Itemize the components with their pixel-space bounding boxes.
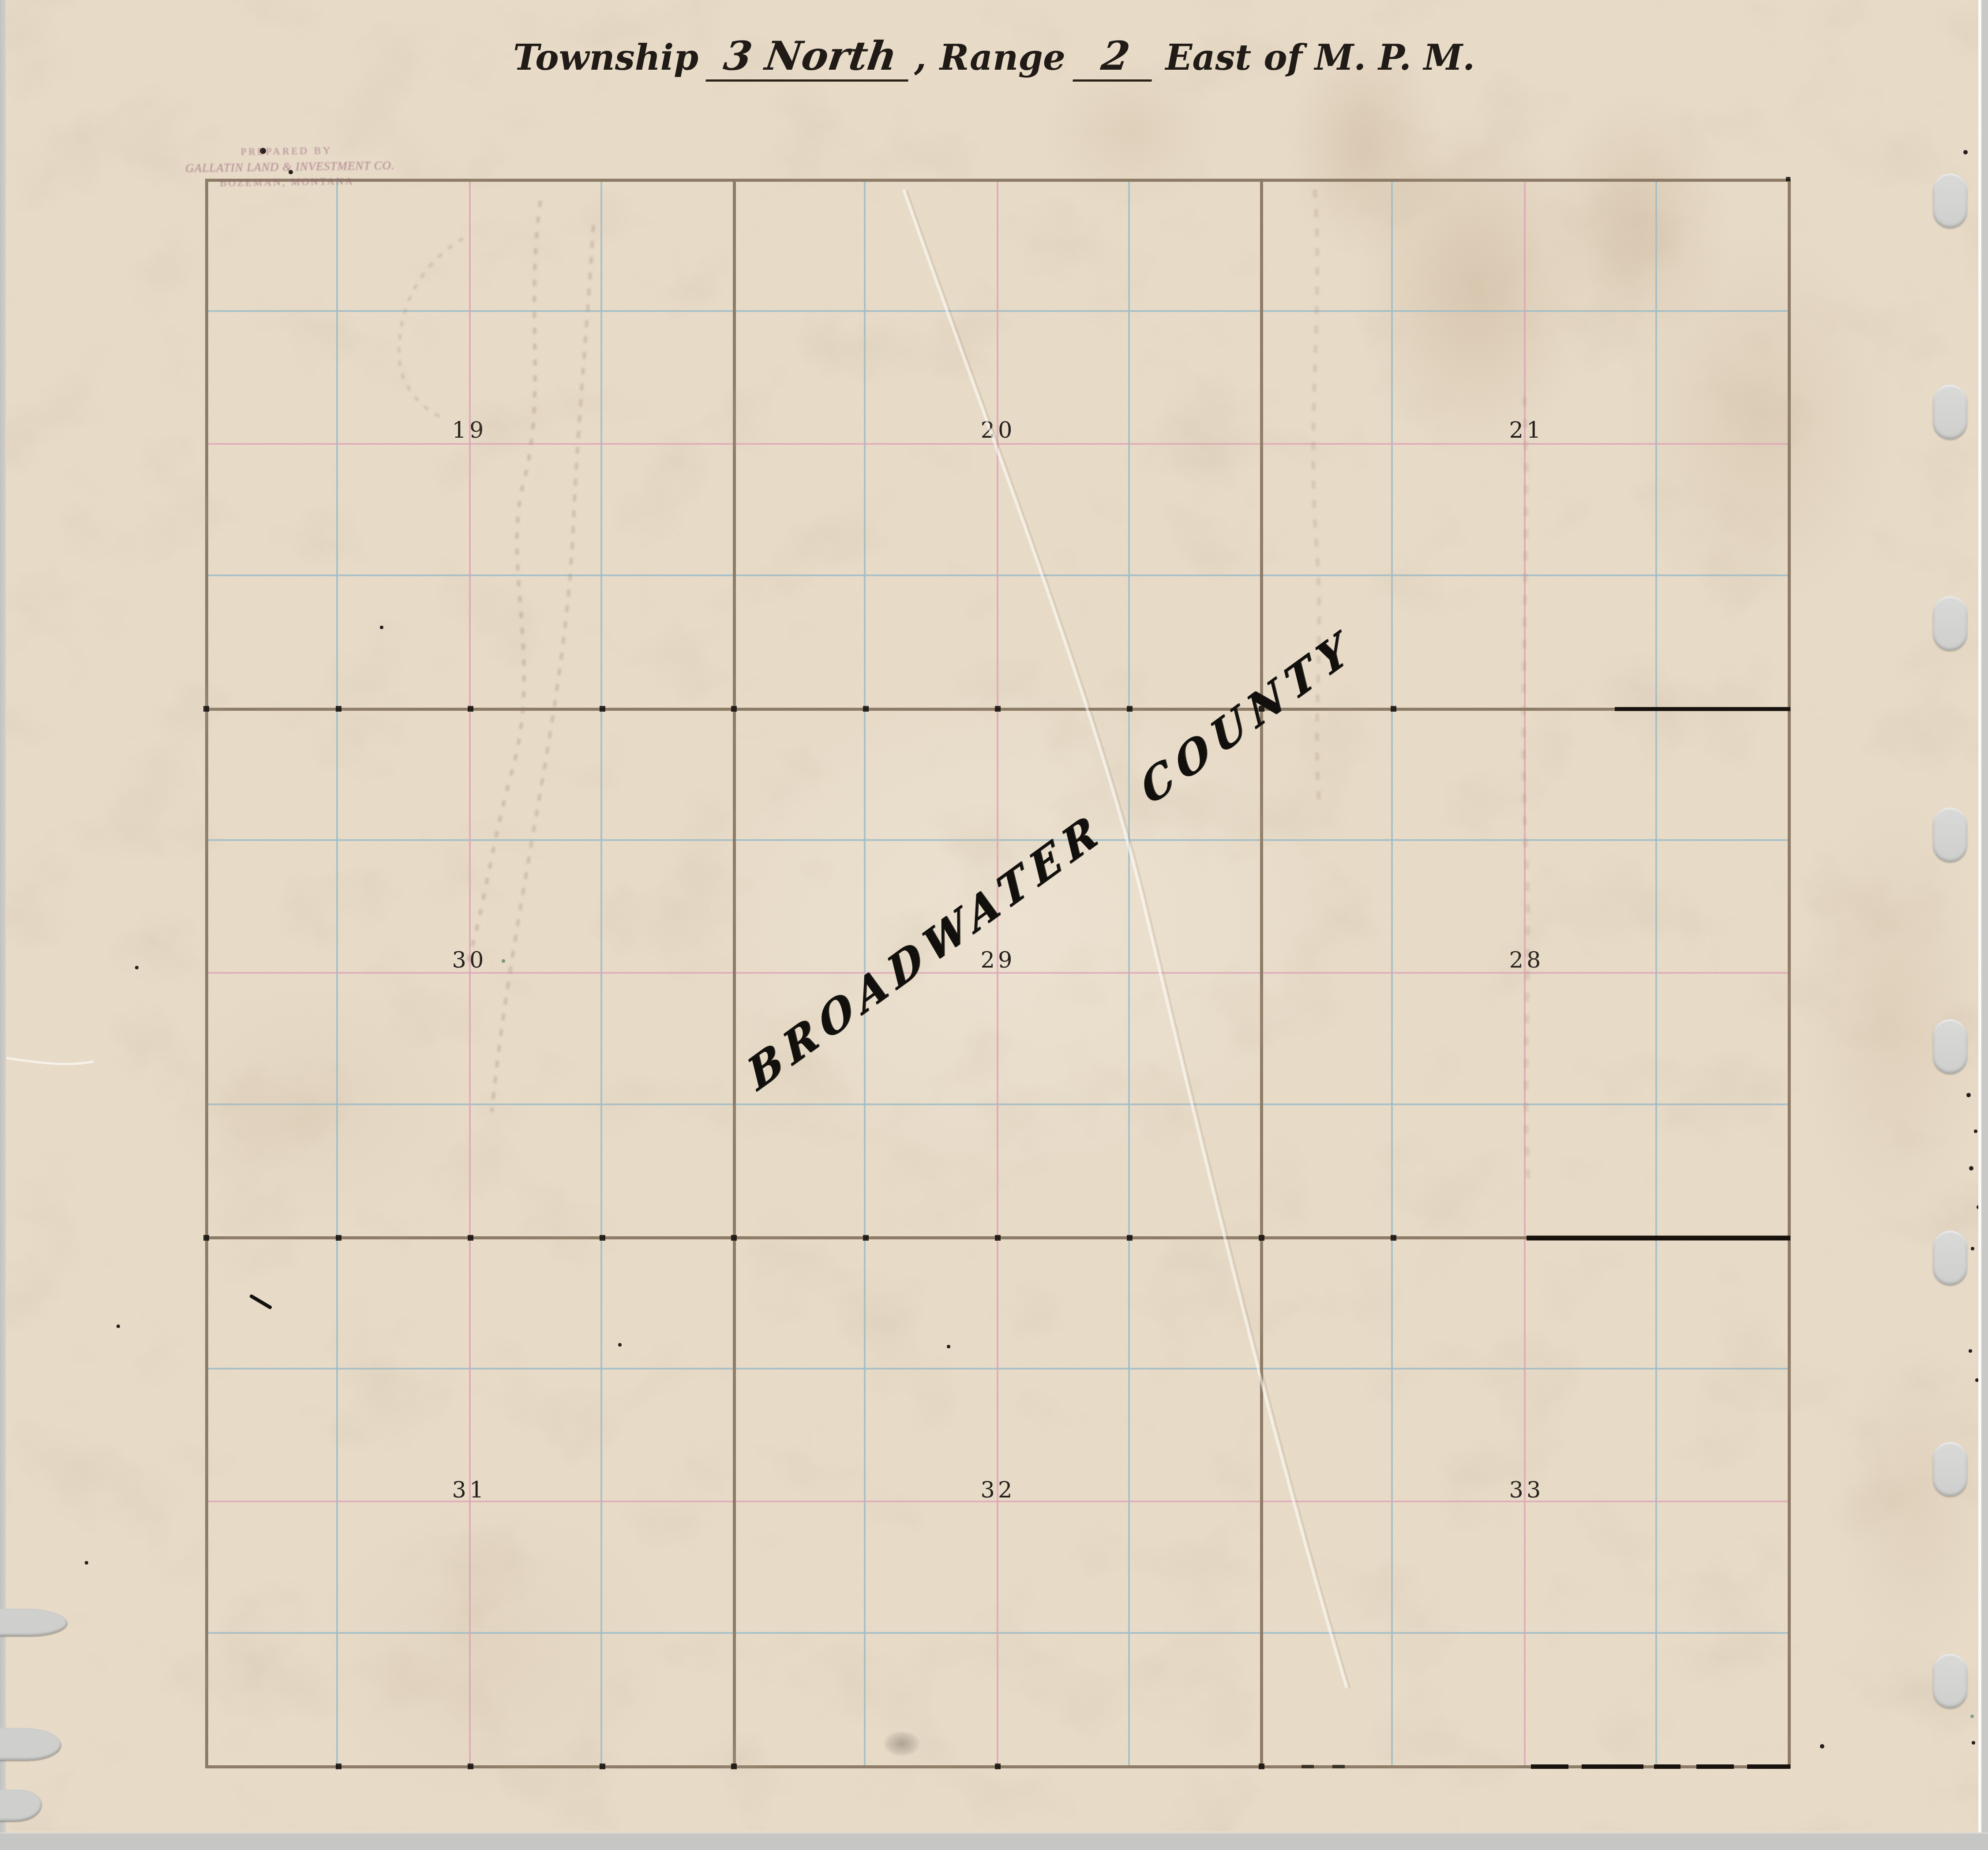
corner-tick <box>1391 706 1396 712</box>
ink-speck <box>135 966 139 969</box>
corner-tick <box>863 1235 869 1241</box>
corner-tick <box>336 1235 341 1241</box>
corner-tick <box>995 1764 1001 1769</box>
ink-speck <box>1966 1093 1971 1097</box>
ink-speck <box>1969 1349 1972 1353</box>
ink-speck <box>1974 1130 1977 1133</box>
ink-speck <box>618 1343 622 1347</box>
ink-speck <box>380 626 383 629</box>
corner-tick <box>1127 1235 1133 1241</box>
scanner-bed-bottom <box>0 1832 1988 1850</box>
corner-tick <box>1259 1235 1264 1241</box>
meridian-suffix: East of M. P. M. <box>1166 37 1475 78</box>
plat-map-scan: 19 20 21 30 29 28 31 32 33 <box>0 0 1988 1850</box>
township-label: Township <box>513 37 698 78</box>
punch-hole <box>1933 807 1967 862</box>
ink-speck <box>1963 150 1968 154</box>
preparer-stamp: PREPARED BY GALLATIN LAND & INVESTMENT C… <box>185 143 388 191</box>
punch-hole <box>1933 385 1967 439</box>
corner-tick <box>203 706 209 712</box>
scanner-bed-left <box>0 0 6 1850</box>
ink-speck <box>116 1325 120 1328</box>
green-speck <box>502 959 505 963</box>
corner-tick <box>468 706 473 712</box>
page-title: Township 3 North , Range 2 East of M. P.… <box>0 33 1988 82</box>
range-value: 2 <box>1073 33 1158 82</box>
corner-tick <box>863 706 869 712</box>
ink-speck <box>1969 1166 1973 1171</box>
corner-tick <box>336 706 341 712</box>
corner-tick <box>731 1235 737 1241</box>
corner-tick <box>995 706 1001 712</box>
punch-hole <box>1933 1442 1967 1497</box>
corner-tick <box>468 1235 473 1241</box>
ink-speck <box>1972 1741 1975 1745</box>
punch-hole <box>1933 1019 1967 1074</box>
ink-speck <box>1820 1744 1824 1749</box>
scan-root: { "page": { "title": { "township_label":… <box>0 0 1988 1850</box>
corner-tick <box>600 706 605 712</box>
title-comma: , <box>914 37 926 78</box>
green-speck <box>1970 1715 1974 1718</box>
corner-tick <box>468 1764 473 1769</box>
corner-tick <box>600 1764 605 1769</box>
ink-speck <box>1971 1247 1974 1250</box>
corner-tick <box>1391 1235 1396 1241</box>
punch-hole <box>1933 1231 1967 1285</box>
corner-tick <box>995 1235 1001 1241</box>
punch-hole <box>1933 1654 1967 1708</box>
corner-tick <box>1127 706 1133 712</box>
punch-hole <box>1933 596 1967 651</box>
corner-tick <box>1259 1764 1264 1769</box>
stamp-line-3: BOZEMAN, MONTANA <box>185 173 388 191</box>
corner-tick <box>731 706 737 712</box>
punch-hole <box>1933 173 1967 228</box>
scanner-bed-right <box>1978 0 1988 1850</box>
corner-tick <box>336 1764 341 1769</box>
range-label: Range <box>940 37 1065 78</box>
corner-tick <box>600 1235 605 1241</box>
corner-tick <box>1786 177 1790 181</box>
ink-speck <box>85 1561 88 1565</box>
stamp-line-2: GALLATIN LAND & INVESTMENT CO. <box>185 158 388 176</box>
corner-tick <box>203 1235 209 1241</box>
corner-tick <box>731 1764 737 1769</box>
township-value: 3 North <box>705 33 915 82</box>
ink-speck <box>947 1345 950 1348</box>
